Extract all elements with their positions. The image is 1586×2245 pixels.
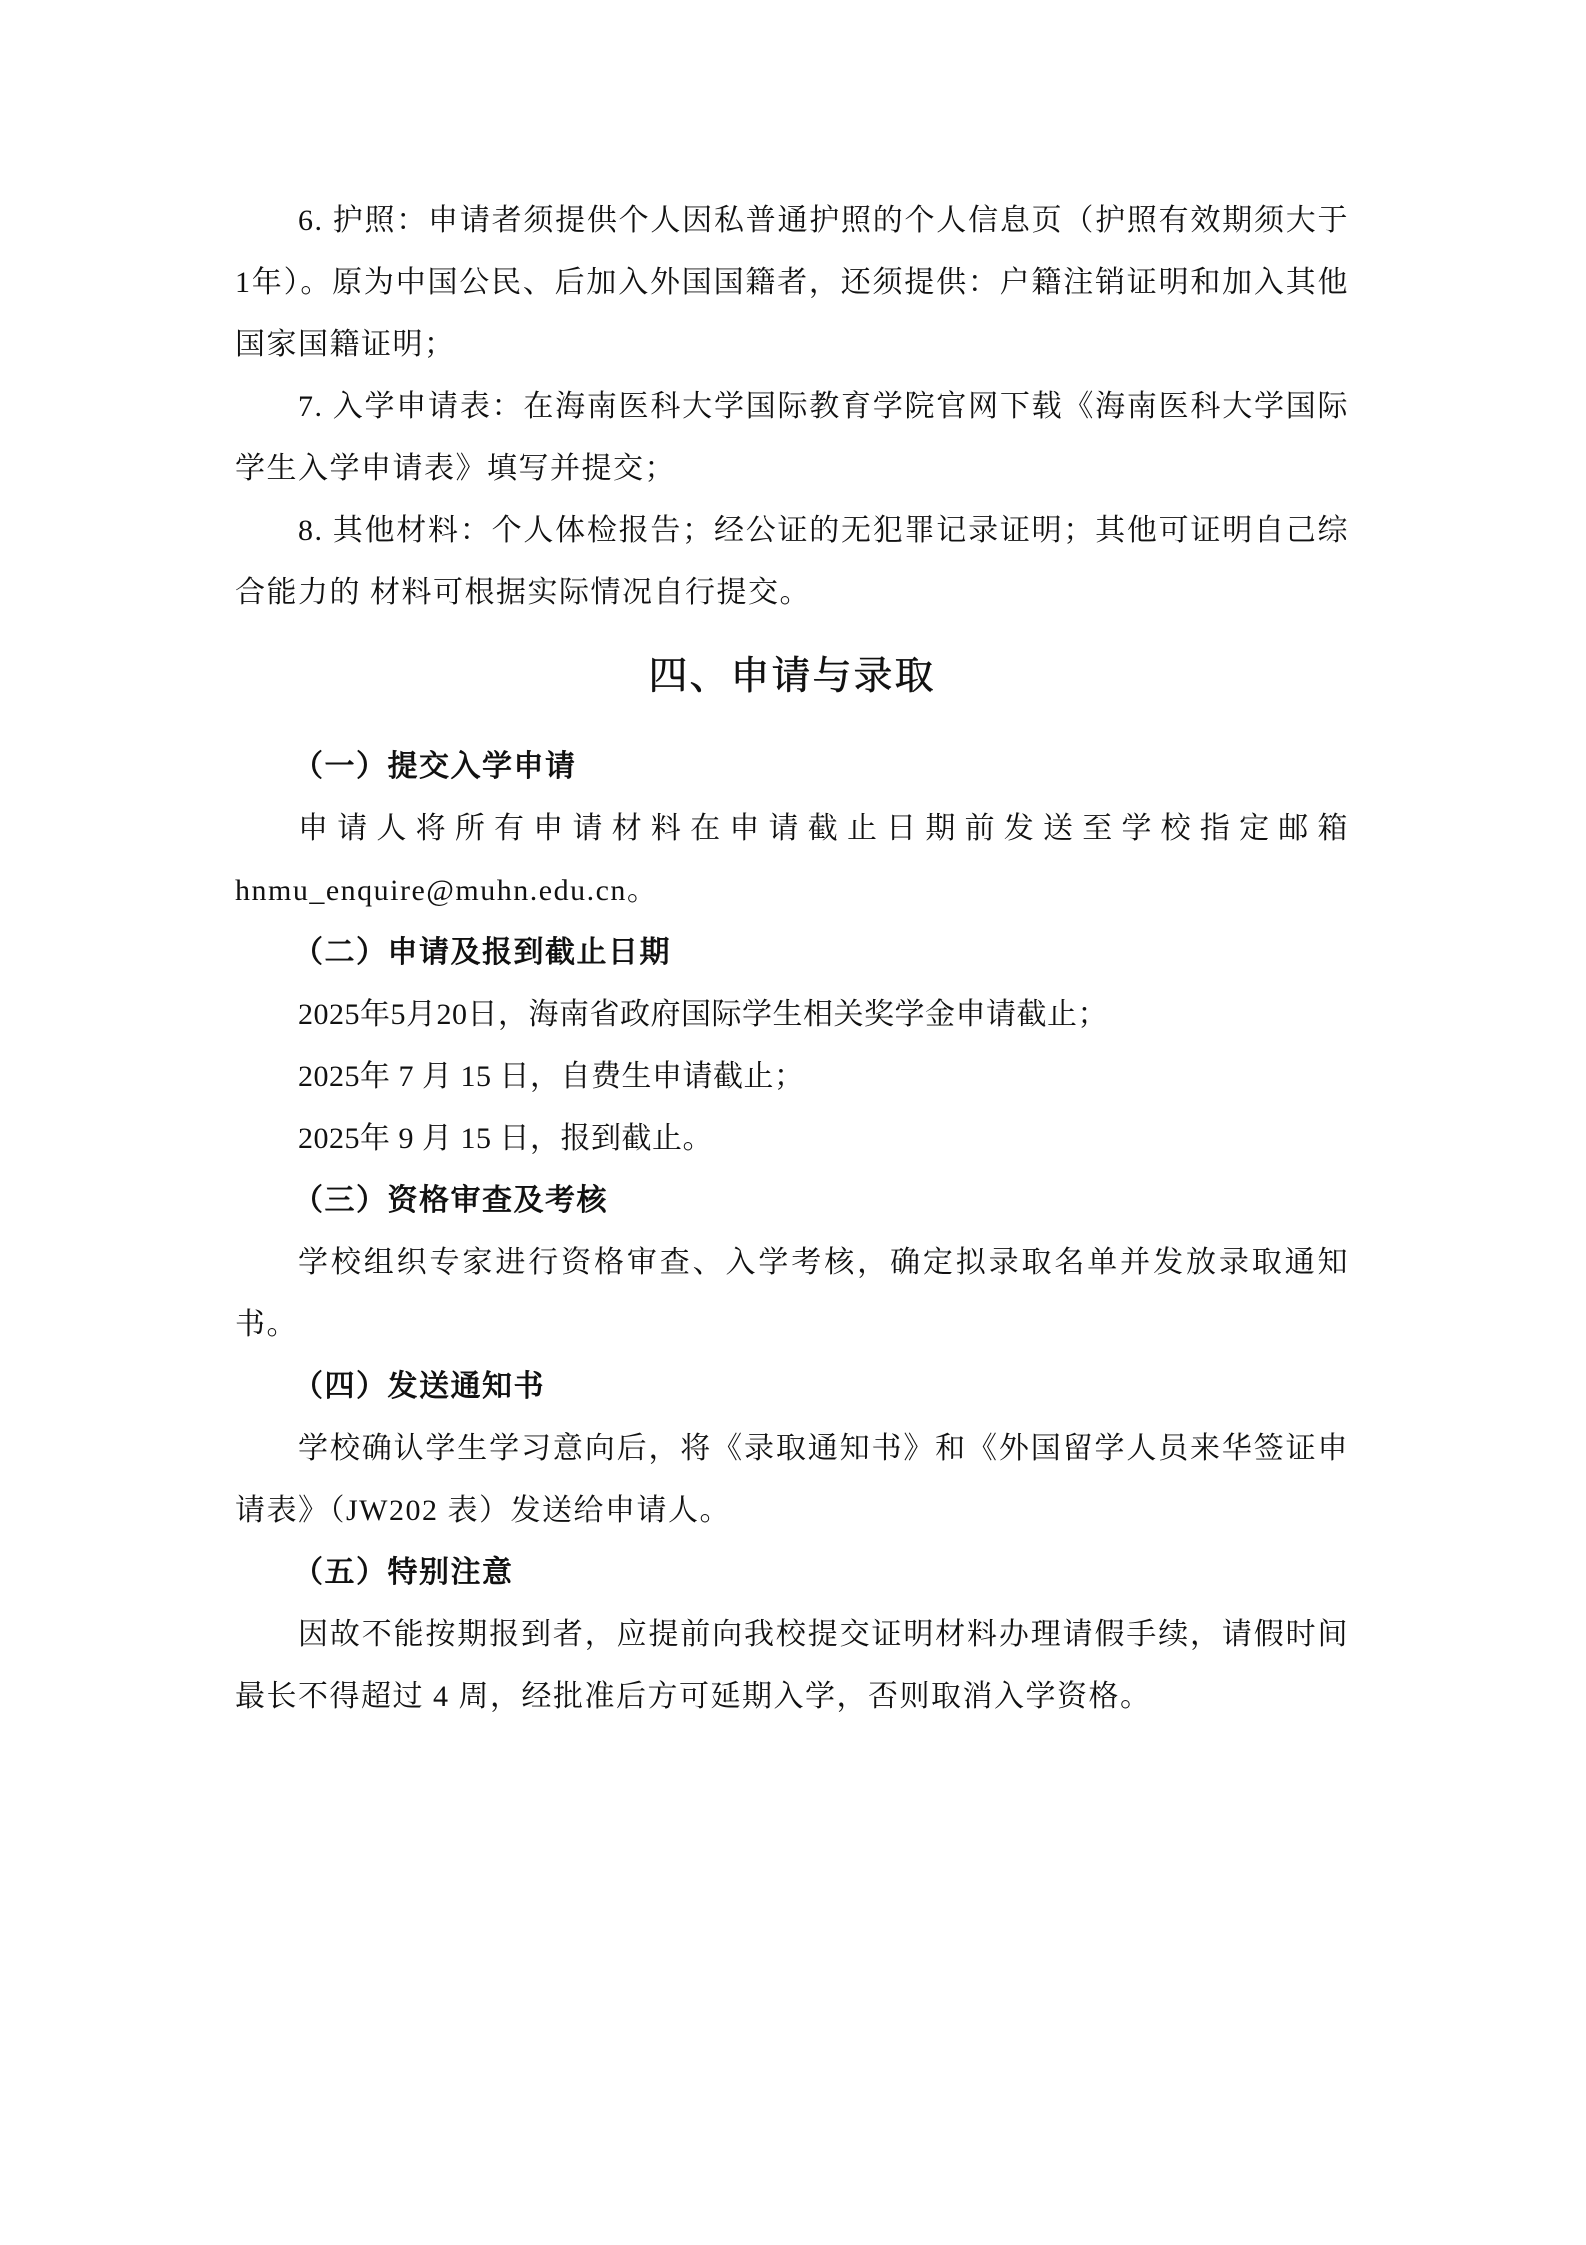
subsection-deadlines: （二）申请及报到截止日期 2025年5月20日，海南省政府国际学生相关奖学金申请… xyxy=(235,922,1349,1170)
notice-text: 学校确认学生学习意向后，将《录取通知书》和《外国留学人员来华签证申请表》（JW2… xyxy=(235,1418,1349,1542)
deadline-self-funded: 2025年 7 月 15 日，自费生申请截止； xyxy=(235,1046,1349,1108)
review-text: 学校组织专家进行资格审查、入学考核，确定拟录取名单并发放录取通知书。 xyxy=(235,1232,1349,1356)
item-other-materials: 8. 其他材料：个人体检报告；经公证的无犯罪记录证明；其他可证明自己综合能力的 … xyxy=(235,500,1349,624)
deadline-registration: 2025年 9 月 15 日，报到截止。 xyxy=(235,1108,1349,1170)
submit-instructions: 申请人将所有申请材料在申请截止日期前发送至学校指定邮箱 xyxy=(235,798,1349,860)
subsection-title: （五）特别注意 xyxy=(235,1542,1349,1604)
subsection-submit-application: （一）提交入学申请 申请人将所有申请材料在申请截止日期前发送至学校指定邮箱 hn… xyxy=(235,736,1349,922)
subsection-title: （一）提交入学申请 xyxy=(235,736,1349,798)
item-passport: 6. 护照：申请者须提供个人因私普通护照的个人信息页（护照有效期须大于1年）。原… xyxy=(235,190,1349,376)
deadline-scholarship: 2025年5月20日，海南省政府国际学生相关奖学金申请截止； xyxy=(235,984,1349,1046)
subsection-title: （三）资格审查及考核 xyxy=(235,1170,1349,1232)
subsection-special-note: （五）特别注意 因故不能按期报到者，应提前向我校提交证明材料办理请假手续，请假时… xyxy=(235,1542,1349,1728)
subsection-title: （二）申请及报到截止日期 xyxy=(235,922,1349,984)
subsection-title: （四）发送通知书 xyxy=(235,1356,1349,1418)
item-application-form: 7. 入学申请表：在海南医科大学国际教育学院官网下载《海南医科大学国际学生入学申… xyxy=(235,376,1349,500)
section-heading: 四、申请与录取 xyxy=(235,646,1349,708)
subsection-send-notice: （四）发送通知书 学校确认学生学习意向后，将《录取通知书》和《外国留学人员来华签… xyxy=(235,1356,1349,1542)
subsection-qualification-review: （三）资格审查及考核 学校组织专家进行资格审查、入学考核，确定拟录取名单并发放录… xyxy=(235,1170,1349,1356)
special-note-text: 因故不能按期报到者，应提前向我校提交证明材料办理请假手续，请假时间最长不得超过 … xyxy=(235,1604,1349,1728)
contact-email: hnmu_enquire@muhn.edu.cn。 xyxy=(235,860,1349,922)
document-page: 6. 护照：申请者须提供个人因私普通护照的个人信息页（护照有效期须大于1年）。原… xyxy=(235,190,1349,1728)
